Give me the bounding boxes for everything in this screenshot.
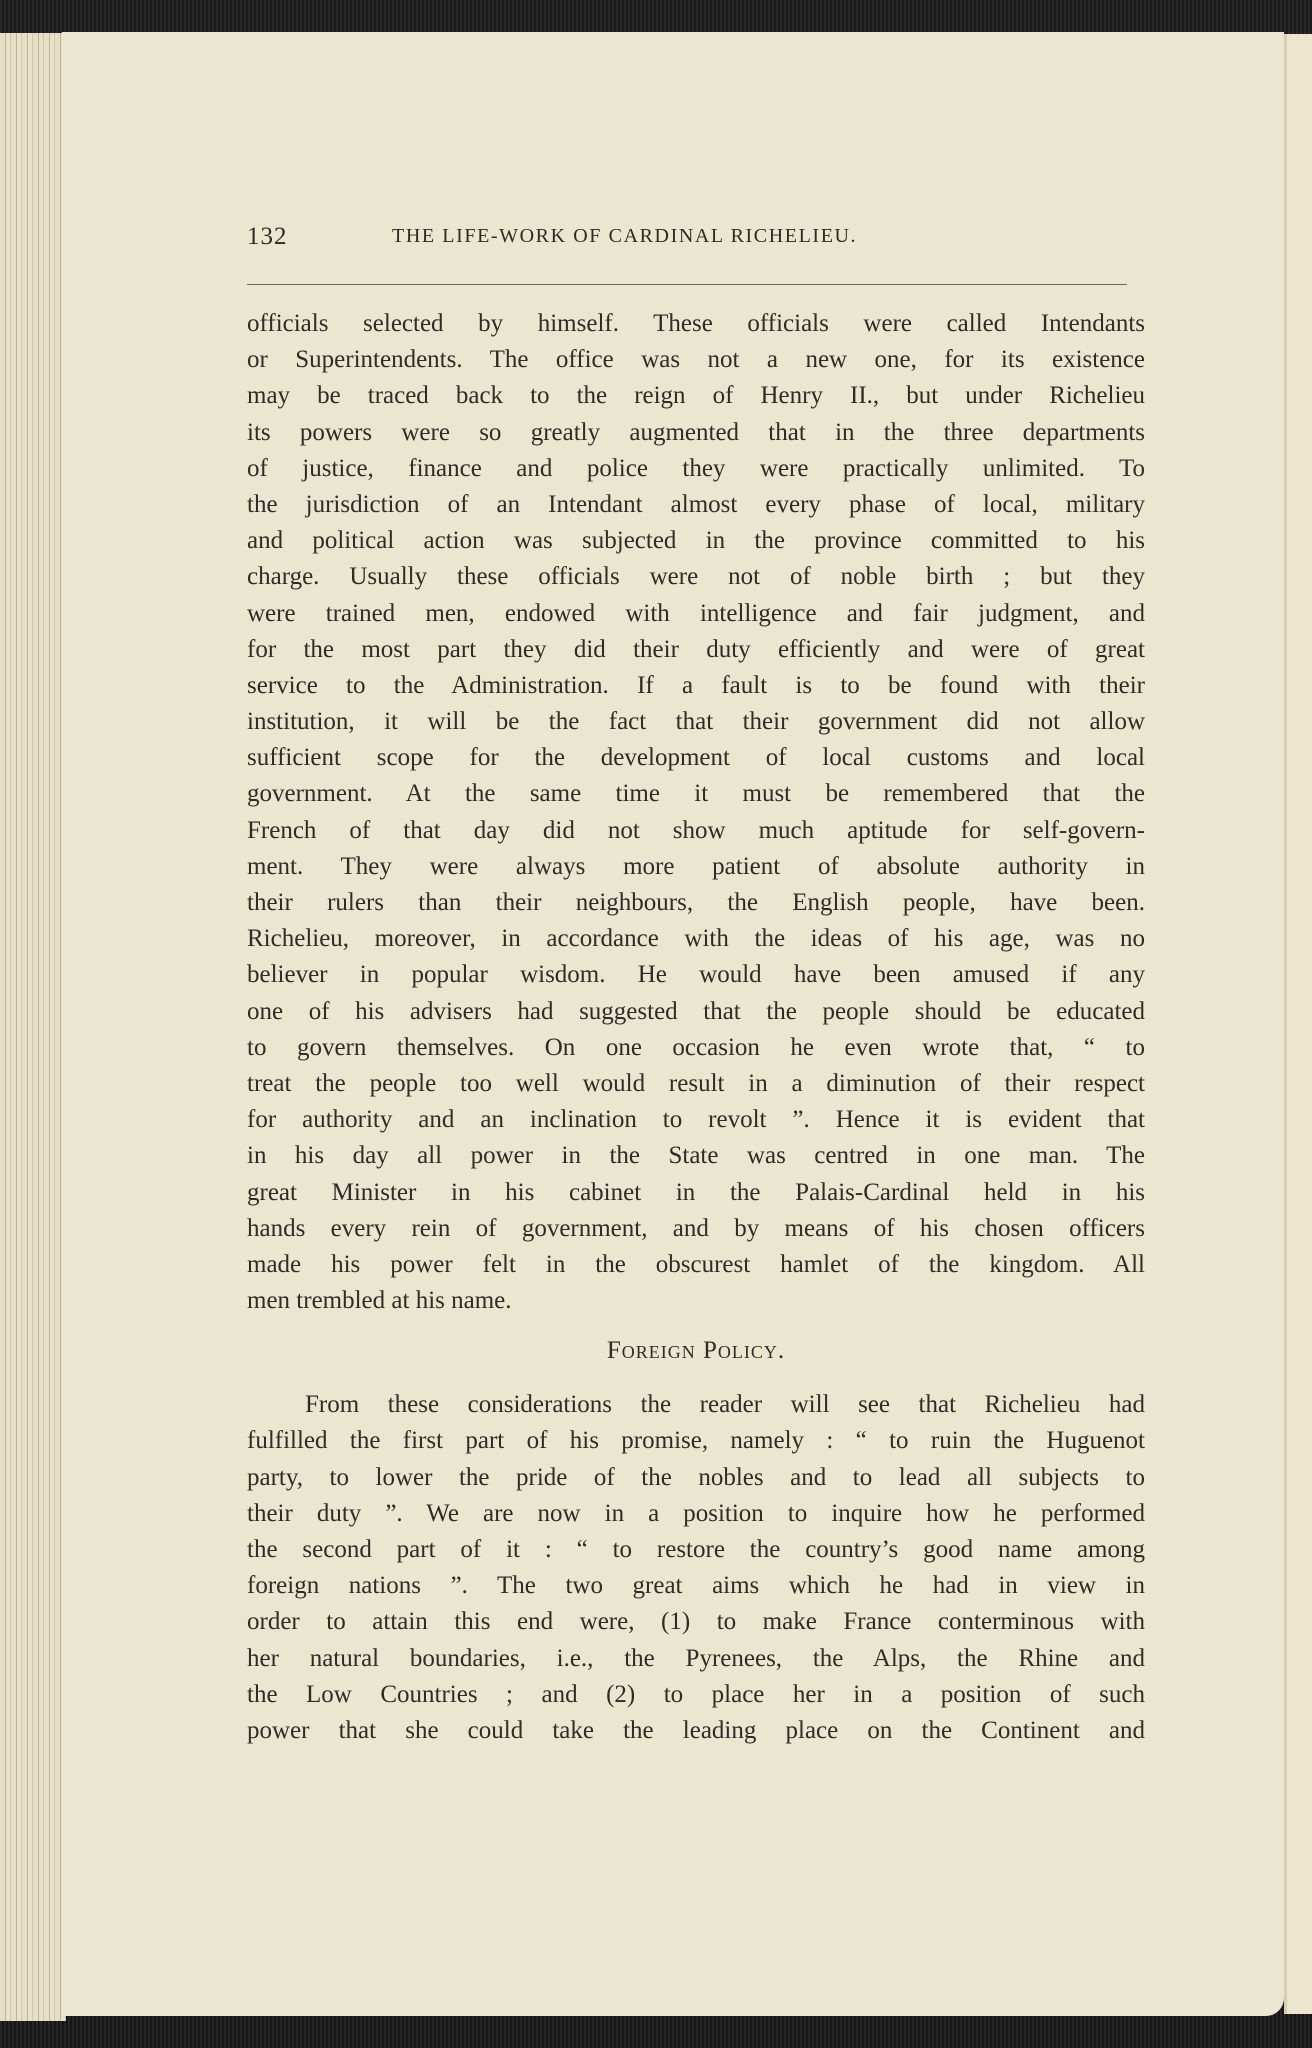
- text-line: may be traced back to the reign of Henry…: [247, 378, 1145, 414]
- text-line: of justice, finance and police they were…: [247, 451, 1145, 487]
- section-heading-foreign-policy: Foreign Policy.: [247, 1319, 1145, 1373]
- text-line: her natural boundaries, i.e., the Pyrene…: [247, 1641, 1145, 1677]
- text-line: their duty ”. We are now in a position t…: [247, 1496, 1145, 1532]
- text-line: great Minister in his cabinet in the Pal…: [247, 1175, 1145, 1211]
- text-line: power that she could take the leading pl…: [247, 1713, 1145, 1749]
- text-line: service to the Administration. If a faul…: [247, 668, 1145, 704]
- text-line: in his day all power in the State was ce…: [247, 1138, 1145, 1174]
- paragraph-intendants: officials selected by himself. These off…: [247, 306, 1145, 1319]
- text-line: to govern themselves. On one occasion he…: [247, 1030, 1145, 1066]
- text-line: ment. They were always more patient of a…: [247, 849, 1145, 885]
- text-line: one of his advisers had suggested that t…: [247, 994, 1145, 1030]
- text-line: the jurisdiction of an Intendant almost …: [247, 487, 1145, 523]
- text-line: officials selected by himself. These off…: [247, 306, 1145, 342]
- text-line: men trembled at his name.: [247, 1283, 1145, 1319]
- page-number: 132: [247, 223, 288, 251]
- text-line: believer in popular wisdom. He would hav…: [247, 957, 1145, 993]
- text-line: its powers were so greatly augmented tha…: [247, 415, 1145, 451]
- header-rule: [247, 284, 1127, 285]
- text-line: order to attain this end were, (1) to ma…: [247, 1604, 1145, 1640]
- text-line: their rulers than their neighbours, the …: [247, 885, 1145, 921]
- text-line: fulfilled the first part of his promise,…: [247, 1423, 1145, 1459]
- text-line: the second part of it : “ to restore the…: [247, 1532, 1145, 1568]
- text-line: and political action was subjected in th…: [247, 523, 1145, 559]
- text-line: for authority and an inclination to revo…: [247, 1102, 1145, 1138]
- text-line: treat the people too well would result i…: [247, 1066, 1145, 1102]
- text-line: were trained men, endowed with intellige…: [247, 596, 1145, 632]
- book-cloth-top: [0, 0, 1312, 34]
- paragraph-foreign-policy: From these considerations the reader wil…: [247, 1387, 1145, 1749]
- running-head: 132 THE LIFE-WORK OF CARDINAL RICHELIEU.: [247, 223, 1147, 259]
- text-line: From these considerations the reader wil…: [247, 1387, 1145, 1423]
- text-line: French of that day did not show much apt…: [247, 813, 1145, 849]
- text-line: hands every rein of government, and by m…: [247, 1211, 1145, 1247]
- text-line: foreign nations ”. The two great aims wh…: [247, 1568, 1145, 1604]
- text-line: institution, it will be the fact that th…: [247, 704, 1145, 740]
- text-line: Richelieu, moreover, in accordance with …: [247, 921, 1145, 957]
- text-line: the Low Countries ; and (2) to place her…: [247, 1677, 1145, 1713]
- text-line: sufficient scope for the development of …: [247, 740, 1145, 776]
- text-line: government. At the same time it must be …: [247, 776, 1145, 812]
- heading-spacer: [247, 1373, 1145, 1387]
- text-line: made his power felt in the obscurest ham…: [247, 1247, 1145, 1283]
- body-text: officials selected by himself. These off…: [247, 306, 1145, 1749]
- facing-page-edge: [1284, 34, 1312, 2014]
- running-title: THE LIFE-WORK OF CARDINAL RICHELIEU.: [392, 225, 857, 248]
- page-stack-edge: [0, 33, 66, 2021]
- text-line: party, to lower the pride of the nobles …: [247, 1460, 1145, 1496]
- text-line: charge. Usually these officials were not…: [247, 559, 1145, 595]
- text-line: for the most part they did their duty ef…: [247, 632, 1145, 668]
- text-line: or Superintendents. The office was not a…: [247, 342, 1145, 378]
